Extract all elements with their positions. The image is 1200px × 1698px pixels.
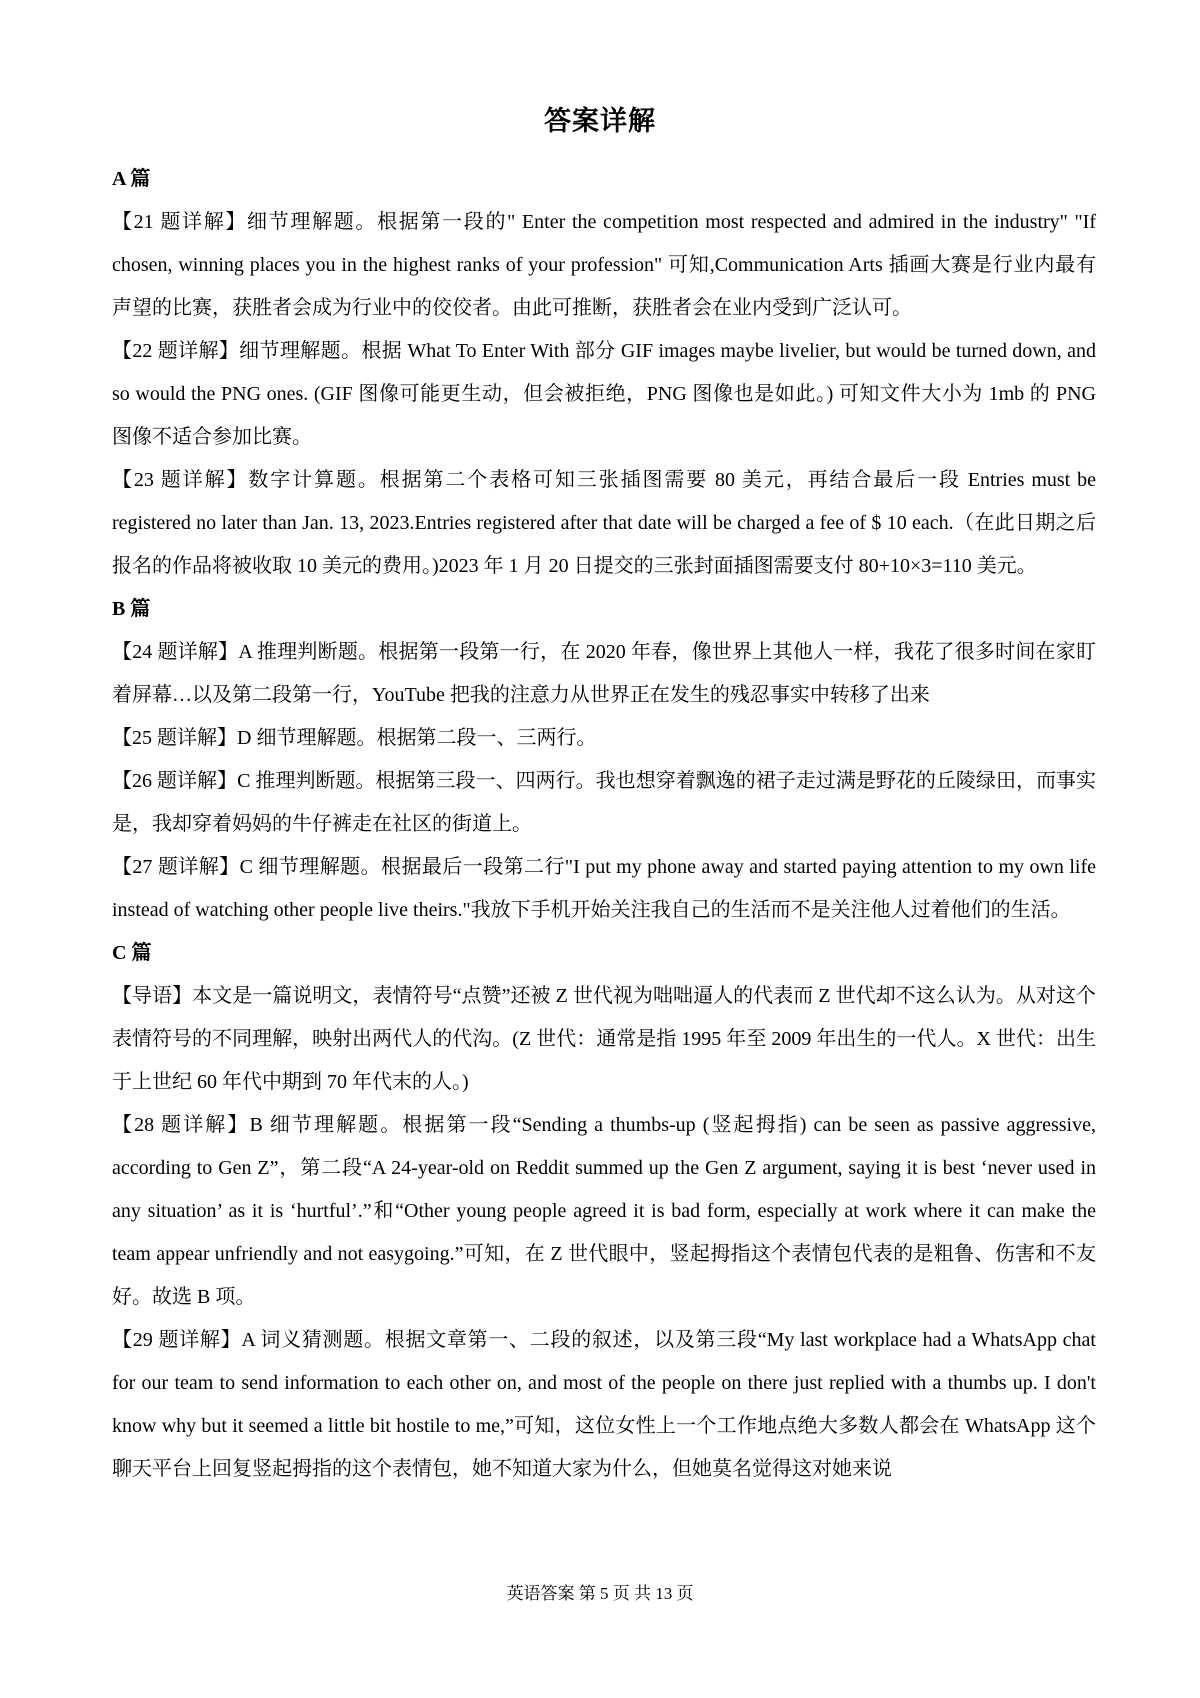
document-page: 答案详解 A 篇 【21 题详解】细节理解题。根据第一段的" Enter the… xyxy=(0,0,1200,1698)
page-title: 答案详解 xyxy=(0,0,1200,140)
section-heading-a: A 篇 xyxy=(112,158,1096,201)
answer-explanation-27: 【27 题详解】C 细节理解题。根据最后一段第二行"I put my phone… xyxy=(112,846,1096,932)
answer-explanation-24: 【24 题详解】A 推理判断题。根据第一段第一行，在 2020 年春，像世界上其… xyxy=(112,631,1096,717)
answer-explanation-22: 【22 题详解】细节理解题。根据 What To Enter With 部分 G… xyxy=(112,330,1096,459)
section-heading-b: B 篇 xyxy=(112,588,1096,631)
page-footer: 英语答案 第 5 页 共 13 页 xyxy=(0,1582,1200,1606)
section-heading-c: C 篇 xyxy=(112,932,1096,975)
document-content: A 篇 【21 题详解】细节理解题。根据第一段的" Enter the comp… xyxy=(112,158,1096,1491)
answer-explanation-28: 【28 题详解】B 细节理解题。根据第一段“Sending a thumbs-u… xyxy=(112,1104,1096,1319)
answer-explanation-23: 【23 题详解】数字计算题。根据第二个表格可知三张插图需要 80 美元，再结合最… xyxy=(112,459,1096,588)
answer-explanation-21: 【21 题详解】细节理解题。根据第一段的" Enter the competit… xyxy=(112,201,1096,330)
section-c-intro: 【导语】本文是一篇说明文，表情符号“点赞”还被 Z 世代视为咄咄逼人的代表而 Z… xyxy=(112,975,1096,1104)
answer-explanation-29: 【29 题详解】A 词义猜测题。根据文章第一、二段的叙述，以及第三段“My la… xyxy=(112,1319,1096,1491)
answer-explanation-26: 【26 题详解】C 推理判断题。根据第三段一、四两行。我也想穿着飘逸的裙子走过满… xyxy=(112,760,1096,846)
answer-explanation-25: 【25 题详解】D 细节理解题。根据第二段一、三两行。 xyxy=(112,717,1096,760)
